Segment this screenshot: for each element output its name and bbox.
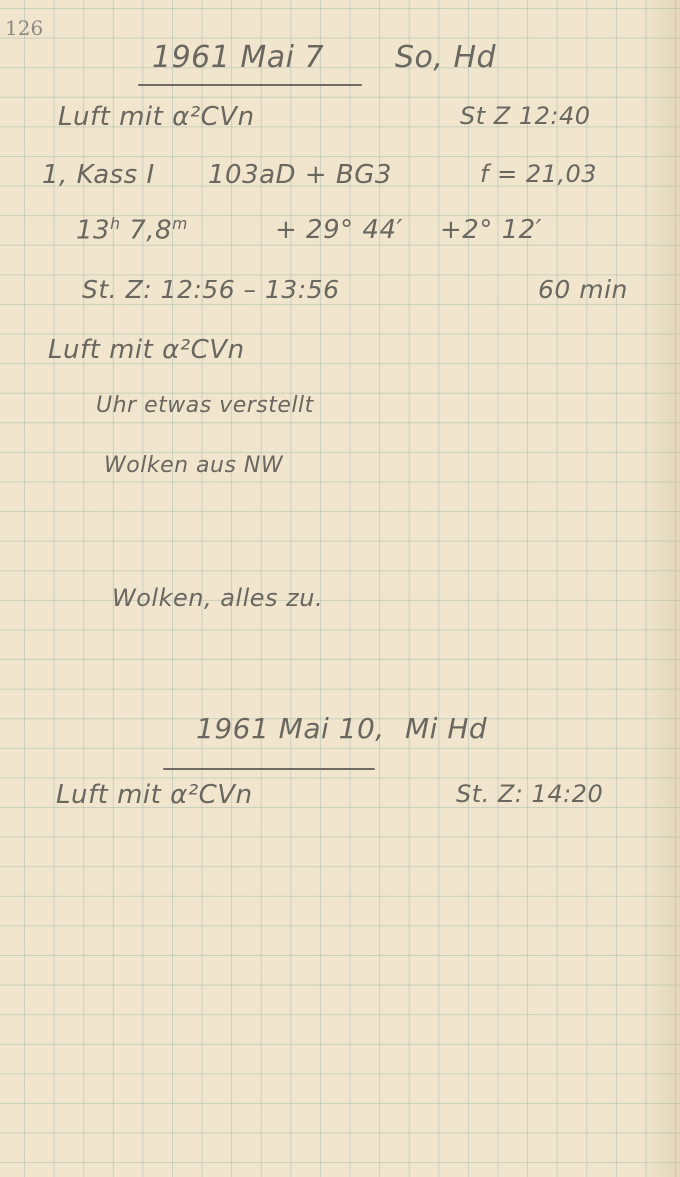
entry1-day-place: So, Hd xyxy=(395,40,496,75)
focal-length: f = 21,03 xyxy=(480,160,597,188)
exposure-duration: 60 min xyxy=(538,275,628,304)
note-clock: Uhr etwas verstellt xyxy=(96,393,314,418)
ra-hours-unit: h xyxy=(110,215,120,233)
plate-id: 1, Kass I xyxy=(42,160,155,190)
entry2-date: 1961 Mai 10, xyxy=(196,712,385,745)
ra-hours: 13 xyxy=(76,216,110,246)
entry1-start-time: St Z 12:40 xyxy=(460,102,591,130)
offset-value: +2° 12′ xyxy=(440,215,542,245)
ra-minutes-unit: m xyxy=(172,215,188,233)
entry2-luft-line: Luft mit α²CVn xyxy=(56,780,253,810)
ra-minutes: 7,8 xyxy=(129,216,172,246)
emulsion-filter: 103aD + BG3 xyxy=(208,160,392,190)
note-overcast: Wolken, alles zu. xyxy=(112,584,323,612)
page-number: 126 xyxy=(5,16,43,40)
entry2-day-place: Mi Hd xyxy=(405,712,487,745)
entry2-start-time: St. Z: 14:20 xyxy=(456,780,603,808)
entry1-luft-line-2: Luft mit α²CVn xyxy=(48,335,245,365)
entry1-date-underline xyxy=(138,84,362,86)
right-ascension: 13h 7,8m xyxy=(76,215,188,246)
note-clouds-nw: Wolken aus NW xyxy=(104,453,283,478)
entry1-luft-line: Luft mit α²CVn xyxy=(58,102,255,132)
entry2-date-underline xyxy=(163,768,375,770)
declination: + 29° 44′ xyxy=(275,215,403,245)
notebook-page: 126 1961 Mai 7 So, Hd Luft mit α²CVn St … xyxy=(0,0,680,1177)
entry1-date: 1961 Mai 7 xyxy=(152,40,324,75)
exposure-time-range: St. Z: 12:56 – 13:56 xyxy=(82,275,340,304)
